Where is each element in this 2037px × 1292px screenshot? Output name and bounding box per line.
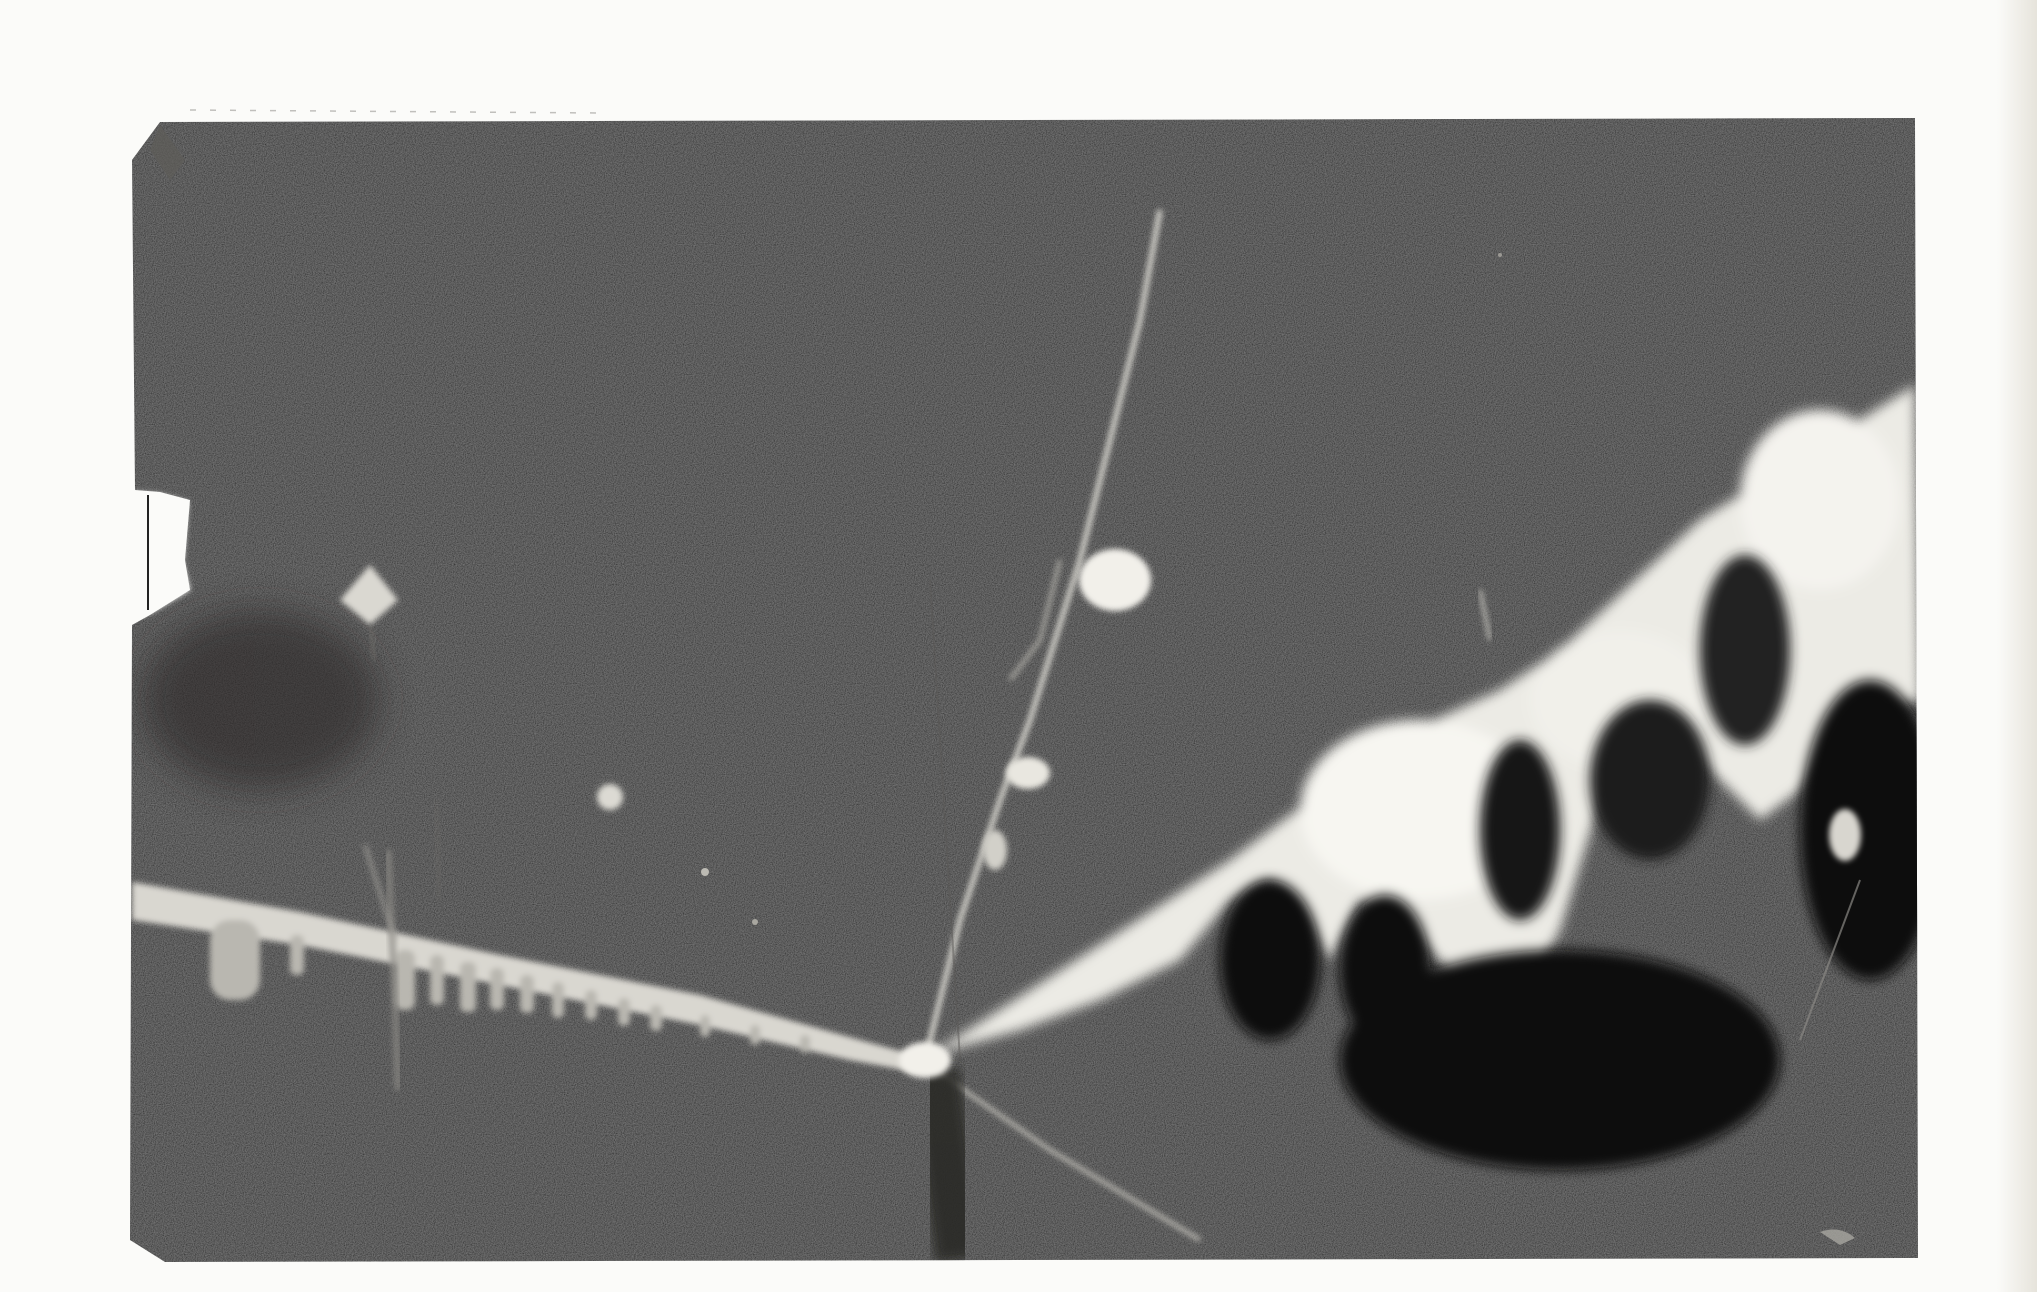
large-bright-orb	[1079, 549, 1151, 611]
ray-bright-bulge	[983, 830, 1007, 870]
left-haze	[140, 610, 380, 790]
small-bright-orb	[1006, 757, 1050, 789]
tiny-dot	[1498, 253, 1502, 257]
tiny-dot	[752, 919, 758, 925]
photographic-print	[0, 0, 2037, 1292]
print-image-area	[100, 100, 1950, 1280]
focal-bright-point	[899, 1042, 951, 1078]
small-bright-dot	[597, 784, 623, 810]
paper-edge-shadow	[1997, 0, 2037, 1292]
dark-lower-beam	[935, 1070, 960, 1260]
right-edge-bright-spot	[1829, 809, 1861, 861]
tiny-dot	[701, 868, 709, 876]
